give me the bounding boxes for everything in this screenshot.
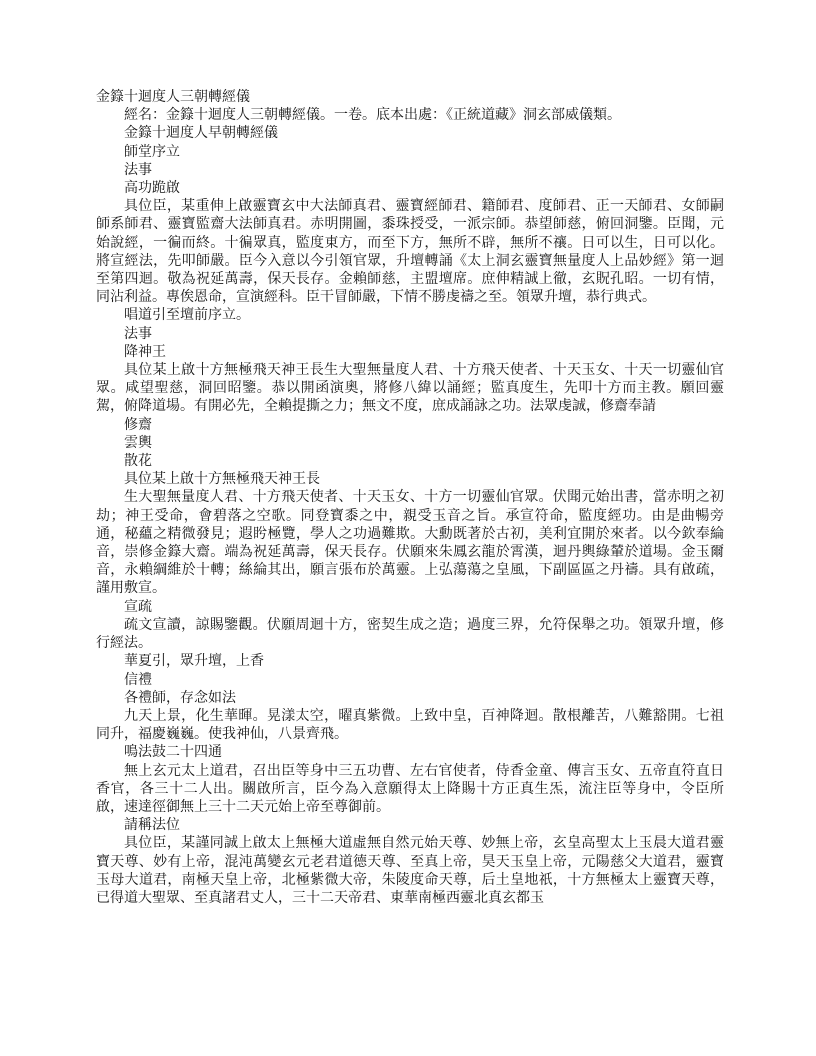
paragraph: 各禮師，存念如法: [96, 690, 724, 708]
paragraph: 唱道引至壇前序立。: [96, 307, 724, 325]
document-page: 金籙十迴度人三朝轉經儀經名：金籙十迴度人三朝轉經儀。一卷。底本出處：《正統道藏》…: [0, 0, 816, 1056]
paragraph: 疏文宣讀，諒賜鑒觀。伏願周迴十方，密契生成之造；過度三界，允符保舉之功。領眾升壇…: [96, 617, 724, 653]
paragraph: 宣疏: [96, 599, 724, 617]
paragraph: 具位某上啟十方無極飛天神王長生大聖無量度人君、十方飛天使者、十天玉女、十天一切靈…: [96, 362, 724, 417]
paragraph: 經名：金籙十迴度人三朝轉經儀。一卷。底本出處：《正統道藏》洞玄部威儀類。: [96, 107, 724, 125]
paragraph: 具位臣，某重伸上啟靈寶玄中大法師真君、靈寶經師君、籍師君、度師君、正一天師君、女…: [96, 198, 724, 307]
paragraph: 具位臣，某謹同誠上啟太上無極大道虛無自然元始天尊、妙無上帝，玄皇高聖太上玉晨大道…: [96, 835, 724, 908]
paragraph: 法事: [96, 326, 724, 344]
paragraph: 散花: [96, 453, 724, 471]
paragraph: 法事: [96, 162, 724, 180]
paragraph: 具位某上啟十方無極飛天神王長: [96, 471, 724, 489]
paragraph: 金籙十迴度人早朝轉經儀: [96, 125, 724, 143]
document-title: 金籙十迴度人三朝轉經儀: [96, 89, 724, 107]
paragraph: 華夏引，眾升壇，上香: [96, 653, 724, 671]
paragraph: 生大聖無量度人君、十方飛天使者、十天玉女、十方一切靈仙官眾。伏聞元始出書，當赤明…: [96, 489, 724, 598]
paragraph: 鳴法鼓二十四通: [96, 744, 724, 762]
paragraph: 降神王: [96, 344, 724, 362]
paragraph: 請稱法位: [96, 817, 724, 835]
paragraph: 九天上景，化生華暉。晃漾太空，曜真紫微。上致中皇，百神降迴。散根離苦，八難豁開。…: [96, 708, 724, 744]
paragraph: 雲輿: [96, 435, 724, 453]
document-body: 金籙十迴度人三朝轉經儀經名：金籙十迴度人三朝轉經儀。一卷。底本出處：《正統道藏》…: [96, 89, 724, 908]
paragraph: 高功跪啟: [96, 180, 724, 198]
paragraph: 師堂序立: [96, 144, 724, 162]
paragraph: 無上玄元太上道君，召出臣等身中三五功曹、左右官使者，侍香金童、傳言玉女、五帝直符…: [96, 763, 724, 818]
paragraph: 修齋: [96, 417, 724, 435]
paragraph: 信禮: [96, 672, 724, 690]
